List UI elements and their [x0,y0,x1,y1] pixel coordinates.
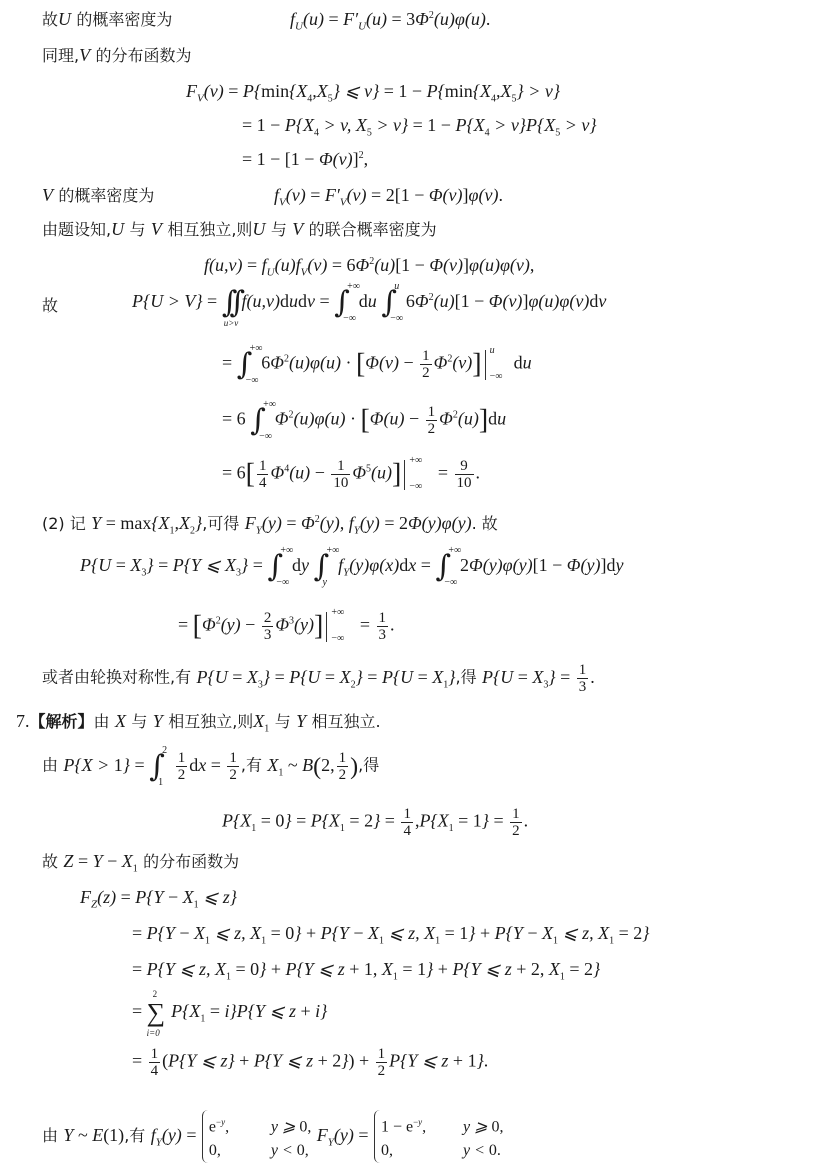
part2-line-1: P{U = X3} = P{Y ⩽ X3} = ∫+∞−∞ dy ∫+∞y fY… [80,552,623,582]
integral-icon: ∫+∞−∞ [267,552,283,582]
integral-icon: ∫21 [149,752,165,782]
problem-7-heading: 7.【解析】由 X 与 Y 相互独立,则X1 与 Y 相互独立. [16,712,381,735]
integral-icon: ∫+∞−∞ [435,552,451,582]
fz-line-3: = P{Y ⩽ z, X1 = 0} + P{Y ⩽ z + 1, X1 = 1… [132,960,600,983]
fz-line-4: = ∑2i=0 P{X1 = i}P{Y ⩽ z + i} [132,1000,327,1026]
u-density-line: 故U 的概率密度为 [42,10,172,29]
double-integral-icon: ∫∫u>v [222,288,237,318]
fz-line-2: = P{Y − X1 ⩽ z, X1 = 0} + P{Y − X1 ⩽ z, … [132,924,649,947]
integral-icon: ∫+∞−∞ [334,288,350,318]
evaluation-bar: +∞−∞ [326,612,355,642]
v-density-line: V 的概率密度为 [42,186,154,205]
exponential-line: 由 Y ~ E(1),有 fY(y) = e−y,y ⩾ 0, 0,y < 0,… [42,1110,503,1163]
v-cdf-intro: 同理,V 的分布函数为 [42,46,192,65]
label-text: 故 [42,10,58,29]
puv-line-2: = ∫+∞−∞ 6Φ2(u)φ(u) · [Φ(v) − 12Φ2(v)]u−∞… [222,348,532,381]
fz-line-1: FZ(z) = P{Y − X1 ⩽ z} [80,888,237,911]
v-density-formula: fV(v) = F′V(v) = 2[1 − Φ(v)]φ(v). [274,186,503,209]
pdf-cases: e−y,y ⩾ 0, 0,y < 0, [202,1110,312,1163]
joint-density-formula: f(u,v) = fU(u)fV(v) = 6Φ2(u)[1 − Φ(v)]φ(… [204,256,534,279]
fv-line-2: = 1 − P{X4 > v, X5 > v} = 1 − P{X4 > v}P… [242,116,597,139]
symmetry-line: 或者由轮换对称性,有 P{U = X3} = P{U = X2} = P{U =… [42,662,595,695]
evaluation-bar: +∞−∞ [404,460,433,490]
part2-line-2: = [Φ2(y) − 23Φ3(y)]+∞−∞ = 13. [178,610,395,643]
analysis-tag: 【解析】 [30,712,94,731]
summation-icon: ∑2i=0 [147,1000,167,1026]
integral-icon: ∫u−∞ [381,288,397,318]
puv-line-4: = 6[14Φ4(u) − 110Φ5(u)]+∞−∞ = 910. [222,458,480,491]
cdf-cases: 1 − e−y,y ⩾ 0, 0,y < 0. [374,1110,504,1163]
integral-icon: ∫+∞−∞ [237,350,253,380]
puv-line-1: P{U > V} = ∫∫u>v f(u,v)dudv = ∫+∞−∞ du ∫… [132,288,606,318]
fv-line-3: = 1 − [1 − Φ(v)]2, [242,150,368,168]
problem-number: 7. [16,711,30,731]
integral-icon: ∫+∞−∞ [250,406,266,436]
fz-line-5: = 14(P{Y ⩽ z} + P{Y ⩽ z + 2}) + 12P{Y ⩽ … [132,1046,488,1079]
integral-icon: ∫+∞y [314,552,330,582]
z-cdf-intro: 故 Z = Y − X1 的分布函数为 [42,852,239,875]
part2-intro: (2) 记 Y = max{X1,X2},可得 FY(y) = Φ2(y), f… [42,514,498,537]
independence-line: 由题设知,U 与 V 相互独立,则U 与 V 的联合概率密度为 [42,220,437,239]
puv-line-3: = 6 ∫+∞−∞ Φ2(u)φ(u) · [Φ(u) − 12Φ2(u)]du [222,404,506,437]
p7-binomial-line: 由 P{X > 1} = ∫21 12dx = 12,有 X1 ~ B(2,12… [42,750,379,783]
evaluation-bar: u−∞ [485,350,514,380]
fv-line-1: FV(v) = P{min{X4,X5} ⩽ v} = 1 − P{min{X4… [186,82,560,105]
gu-label: 故 [42,298,58,314]
u-density-formula: fU(u) = F′U(u) = 3Φ2(u)φ(u). [290,10,490,33]
p7-pmf-line: P{X1 = 0} = P{X1 = 2} = 14,P{X1 = 1} = 1… [222,806,528,839]
